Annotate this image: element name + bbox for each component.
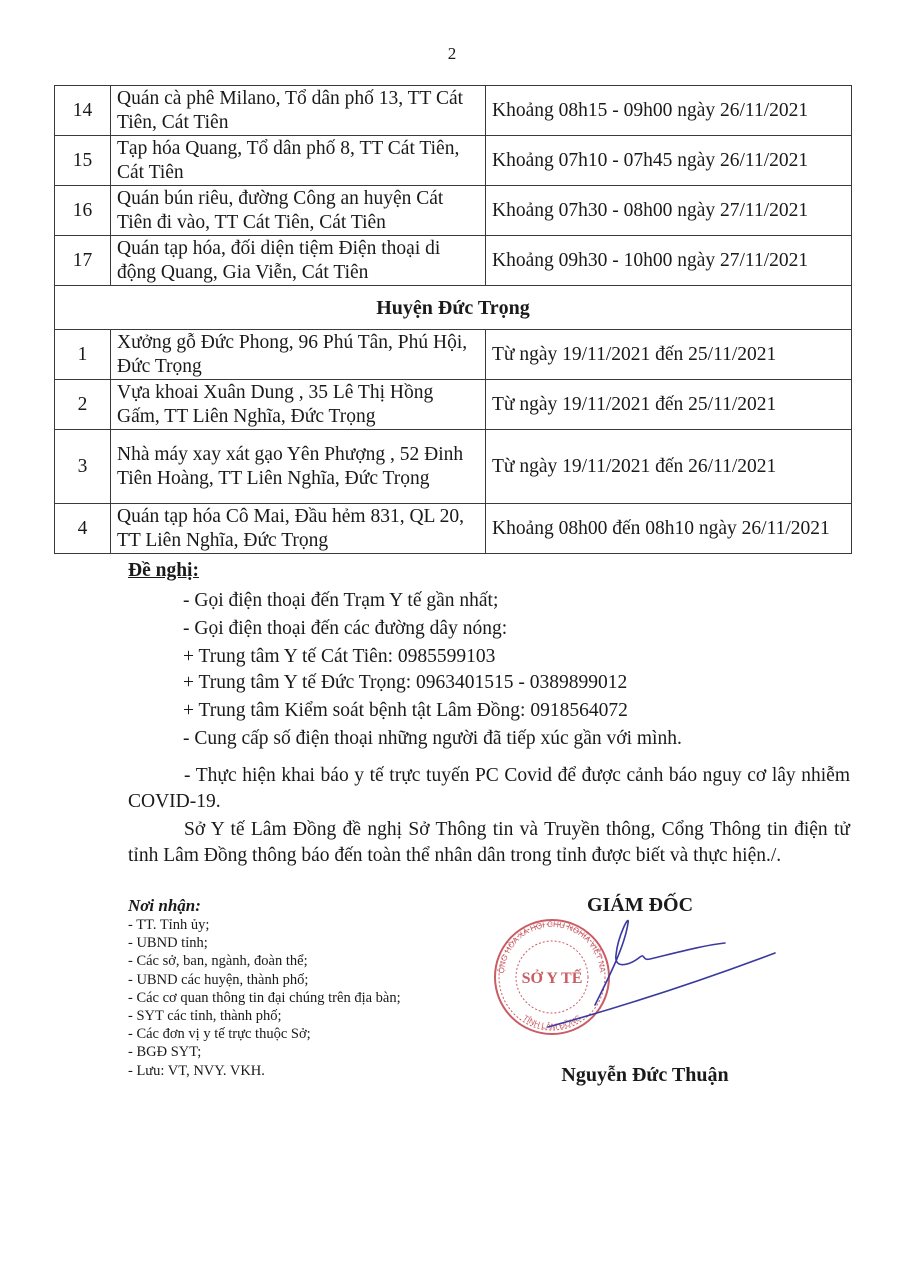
locations-table: 14 Quán cà phê Milano, Tổ dân phố 13, TT… [54,85,852,554]
proposal-line: + Trung tâm Kiểm soát bệnh tật Lâm Đồng:… [183,700,628,722]
row-place: Quán tạp hóa, đối diện tiệm Điện thoại d… [111,236,486,286]
row-number: 2 [55,380,111,430]
row-time: Khoảng 07h30 - 08h00 ngày 27/11/2021 [486,186,852,236]
row-time: Khoảng 07h10 - 07h45 ngày 26/11/2021 [486,136,852,186]
row-time: Khoảng 09h30 - 10h00 ngày 27/11/2021 [486,236,852,286]
section-heading-duc-trong: Huyện Đức Trọng [55,286,852,330]
proposal-line: + Trung tâm Y tế Cát Tiên: 0985599103 [183,646,495,668]
recipient-item: - Các đơn vị y tế trực thuộc Sở; [128,1025,401,1043]
recipient-item: - UBND tỉnh; [128,934,401,952]
row-time: Khoảng 08h00 đến 08h10 ngày 26/11/2021 [486,504,852,554]
row-time: Từ ngày 19/11/2021 đến 25/11/2021 [486,330,852,380]
row-number: 1 [55,330,111,380]
recipient-item: - SYT các tỉnh, thành phố; [128,1007,401,1025]
table-row: 16 Quán bún riêu, đường Công an huyện Cá… [55,186,852,236]
recipient-item: - Các cơ quan thông tin đại chúng trên đ… [128,989,401,1007]
table-row: 2 Vựa khoai Xuân Dung , 35 Lê Thị Hồng G… [55,380,852,430]
row-number: 14 [55,86,111,136]
row-place: Quán tạp hóa Cô Mai, Đầu hẻm 831, QL 20,… [111,504,486,554]
row-number: 16 [55,186,111,236]
recipients-title: Nơi nhận: [128,896,401,916]
recipient-item: - BGĐ SYT; [128,1043,401,1061]
table-row: 15 Tạp hóa Quang, Tổ dân phố 8, TT Cát T… [55,136,852,186]
row-place: Tạp hóa Quang, Tổ dân phố 8, TT Cát Tiên… [111,136,486,186]
recipients-block: Nơi nhận: - TT. Tỉnh ủy; - UBND tỉnh; - … [128,896,401,1080]
proposal-heading: Đề nghị: [128,560,199,582]
row-place: Quán cà phê Milano, Tổ dân phố 13, TT Cá… [111,86,486,136]
recipient-item: - UBND các huyện, thành phố; [128,971,401,989]
table-row: 17 Quán tạp hóa, đối diện tiệm Điện thoạ… [55,236,852,286]
closing-paragraph: Sở Y tế Lâm Đồng đề nghị Sở Thông tin và… [128,817,850,869]
proposal-line: - Cung cấp số điện thoại những người đã … [183,728,682,750]
proposal-line: - Gọi điện thoại đến Trạm Y tế gần nhất; [183,590,498,612]
row-place: Nhà máy xay xát gạo Yên Phượng , 52 Đinh… [111,430,486,504]
row-time: Từ ngày 19/11/2021 đến 25/11/2021 [486,380,852,430]
row-number: 15 [55,136,111,186]
closing-text: Sở Y tế Lâm Đồng đề nghị Sở Thông tin và… [128,819,850,866]
official-stamp-icon: SỞ Y TẾ CỘNG HÒA XÃ HỘI CHỦ NGHĨA VIỆT N… [490,915,780,1045]
recipient-item: - Lưu: VT, NVY. VKH. [128,1062,401,1080]
row-place: Quán bún riêu, đường Công an huyện Cát T… [111,186,486,236]
row-number: 17 [55,236,111,286]
signer-title: GIÁM ĐỐC [560,894,720,917]
declaration-paragraph: - Thực hiện khai báo y tế trực tuyến PC … [128,763,850,815]
row-place: Vựa khoai Xuân Dung , 35 Lê Thị Hồng Gấm… [111,380,486,430]
row-number: 4 [55,504,111,554]
recipient-item: - Các sở, ban, ngành, đoàn thể; [128,952,401,970]
svg-text:SỞ Y TẾ: SỞ Y TẾ [522,968,583,987]
section-row: Huyện Đức Trọng [55,286,852,330]
proposal-line: - Gọi điện thoại đến các đường dây nóng: [183,618,507,640]
svg-text:CỘNG HÒA XÃ HỘI CHỦ NGHĨA VIỆT: CỘNG HÒA XÃ HỘI CHỦ NGHĨA VIỆT NAM [490,915,607,974]
proposal-line: + Trung tâm Y tế Đức Trọng: 0963401515 -… [183,672,627,694]
row-place: Xưởng gỗ Đức Phong, 96 Phú Tân, Phú Hội,… [111,330,486,380]
page-number: 2 [0,44,904,64]
row-number: 3 [55,430,111,504]
stamp-and-signature: SỞ Y TẾ CỘNG HÒA XÃ HỘI CHỦ NGHĨA VIỆT N… [490,915,780,1045]
recipient-item: - TT. Tỉnh ủy; [128,916,401,934]
table-row: 14 Quán cà phê Milano, Tổ dân phố 13, TT… [55,86,852,136]
signer-name: Nguyễn Đức Thuận [540,1064,750,1087]
svg-text:TỈNH LÂM ĐỒNG: TỈNH LÂM ĐỒNG [521,1013,583,1031]
row-time: Khoảng 08h15 - 09h00 ngày 26/11/2021 [486,86,852,136]
row-time: Từ ngày 19/11/2021 đến 26/11/2021 [486,430,852,504]
table-row: 4 Quán tạp hóa Cô Mai, Đầu hẻm 831, QL 2… [55,504,852,554]
table-row: 3 Nhà máy xay xát gạo Yên Phượng , 52 Đi… [55,430,852,504]
declaration-text: - Thực hiện khai báo y tế trực tuyến PC … [128,765,850,812]
table-row: 1 Xưởng gỗ Đức Phong, 96 Phú Tân, Phú Hộ… [55,330,852,380]
